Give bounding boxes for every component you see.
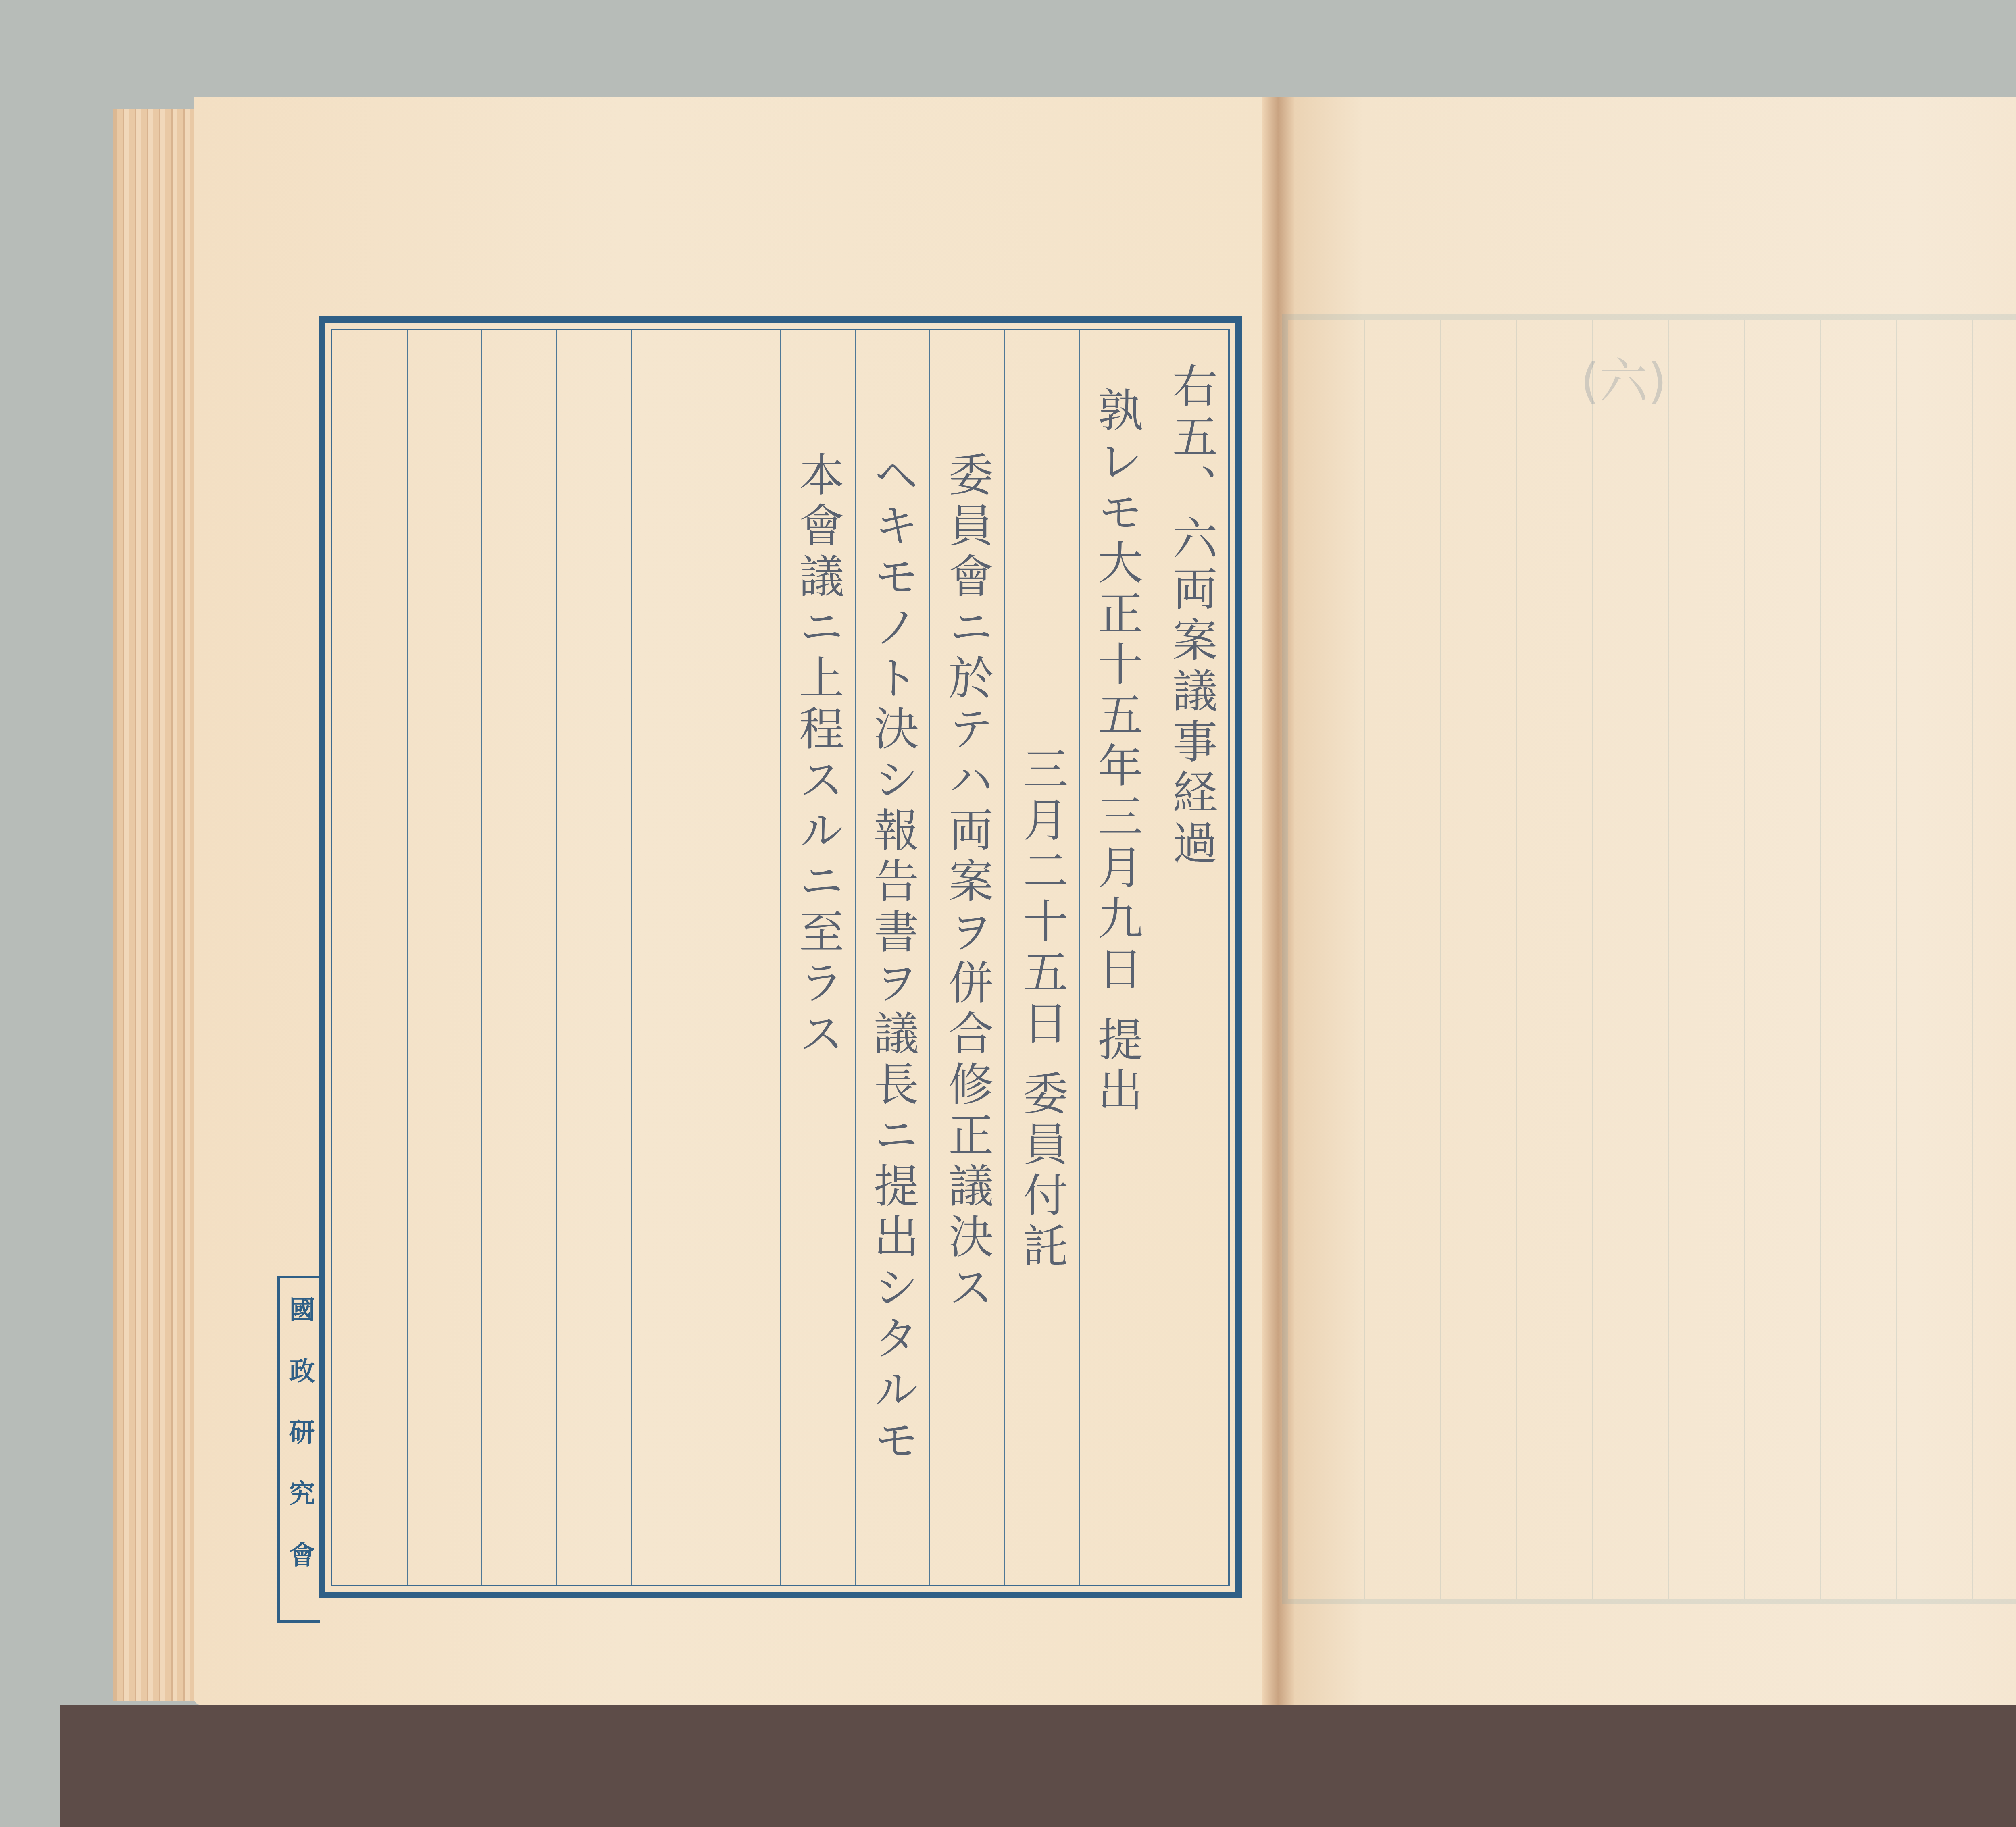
ghost-column <box>1592 320 1668 1599</box>
column-2 <box>407 330 481 1585</box>
handwritten-line-3: 三月二十五日 委員付託 <box>1019 745 1064 1273</box>
ghost-column <box>1896 320 1972 1599</box>
ghost-column <box>1820 320 1896 1599</box>
column-1 <box>332 330 407 1585</box>
column-6 <box>706 330 780 1585</box>
ghost-column <box>1288 320 1364 1599</box>
publisher-label-text: 國政研究會 <box>281 1296 319 1602</box>
handwritten-line-2: 孰レモ大正十五年三月九日 提出 <box>1094 387 1139 1118</box>
column-8: ヘキモノト決シ報告書ヲ議長ニ提出シタルモ <box>855 330 929 1585</box>
column-4 <box>556 330 631 1585</box>
column-5 <box>631 330 706 1585</box>
ghost-ruled-frame <box>1282 314 2016 1604</box>
column-7: 本會議ニ上程スルニ至ラス <box>780 330 855 1585</box>
handwritten-line-4: 委員會ニ於テハ両案ヲ併合修正議決ス <box>945 451 990 1315</box>
ghost-column <box>1668 320 1744 1599</box>
handwritten-line-6: 本會議ニ上程スルニ至ラス <box>796 451 841 1061</box>
ghost-column <box>1516 320 1592 1599</box>
column-3 <box>481 330 556 1585</box>
table-shadow <box>60 1705 2016 1827</box>
column-10: 三月二十五日 委員付託 <box>1004 330 1079 1585</box>
ruled-frame: 本會議ニ上程スルニ至ラス ヘキモノト決シ報告書ヲ議長ニ提出シタルモ 委員會ニ於テ… <box>319 316 1242 1598</box>
ruled-grid: 本會議ニ上程スルニ至ラス ヘキモノト決シ報告書ヲ議長ニ提出シタルモ 委員會ニ於テ… <box>331 329 1230 1586</box>
ghost-section-mark: (六) <box>1581 343 1667 412</box>
ghost-column <box>1440 320 1516 1599</box>
ghost-column <box>1364 320 1440 1599</box>
column-9: 委員會ニ於テハ両案ヲ併合修正議決ス <box>929 330 1004 1585</box>
ghost-column <box>1972 320 2016 1599</box>
page-edges-left <box>113 109 206 1701</box>
handwritten-title: 右五、六両案議事経過 <box>1168 362 1214 870</box>
ghost-column <box>1744 320 1820 1599</box>
publisher-label: 國政研究會 <box>277 1276 320 1623</box>
handwritten-line-5: ヘキモノト決シ報告書ヲ議長ニ提出シタルモ <box>870 451 915 1467</box>
column-12: 右五、六両案議事経過 <box>1154 330 1228 1585</box>
column-11: 孰レモ大正十五年三月九日 提出 <box>1079 330 1154 1585</box>
